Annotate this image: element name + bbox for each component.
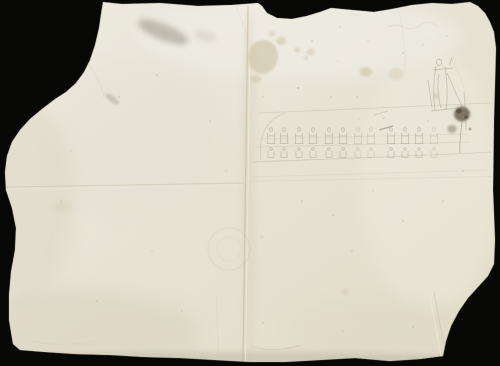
photo-frame xyxy=(0,0,500,366)
stain xyxy=(269,32,276,37)
stain xyxy=(307,49,315,56)
stain xyxy=(276,37,286,45)
stain xyxy=(469,128,472,131)
stain xyxy=(389,68,403,80)
stain xyxy=(304,56,308,60)
stain xyxy=(433,94,439,99)
stain xyxy=(448,125,457,133)
stain xyxy=(360,67,372,77)
stain xyxy=(251,75,262,83)
manuscript-photo xyxy=(0,0,500,366)
stain xyxy=(464,115,468,119)
stain xyxy=(454,107,470,122)
stain xyxy=(294,48,300,53)
stain xyxy=(456,109,462,114)
stain xyxy=(341,289,349,295)
